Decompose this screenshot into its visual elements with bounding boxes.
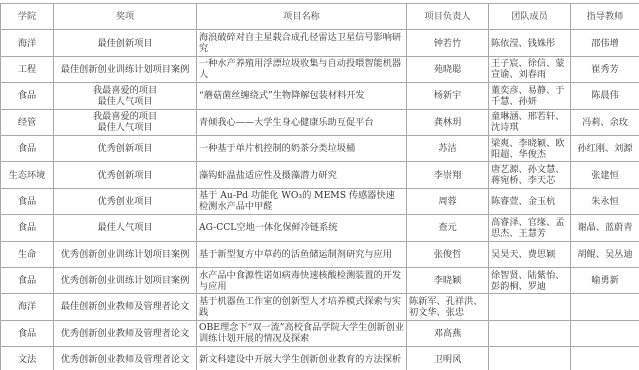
table-row: 经管我最喜爱的项目最佳人气项目青倾我心——大学生身心健康乐助互促平台龚林玥童琳涵… [1,109,639,135]
cell-advisor: 喻勇新 [571,267,639,293]
cell-project-leader: 周蓉 [407,188,489,214]
cell-project-name: 青倾我心——大学生身心健康乐助互促平台 [197,109,407,135]
cell-college: 生态环境 [1,162,54,188]
header-college: 学院 [1,4,54,30]
header-team-members: 团队成员 [489,4,571,30]
cell-advisor [571,320,639,346]
cell-advisor: 崔秀芳 [571,56,639,82]
cell-college: 食品 [1,320,54,346]
cell-award: 优秀创新创业训练计划项目案例 [54,267,197,293]
cell-project-leader: 卫明风 [407,347,489,370]
cell-advisor: 谢晶、蓝蔚青 [571,215,639,241]
cell-project-name: AG-CCL空地一体化保鲜冷链系统 [197,215,407,241]
cell-college: 海洋 [1,30,54,56]
award-label: 最佳创新项目 [56,38,194,49]
cell-project-leader: 陈新军、孔祥洪、初文华、张忠 [407,294,489,320]
cell-team-members: 董奕彦、易静、于千慧、孙妍 [489,83,571,109]
cell-project-name: 一种基于单片机控制的奶茶分类垃圾桶 [197,135,407,161]
table-row: 生命优秀创新创业训练计划项目案例基于新型复方中草药的活鱼储运制剂研究与应用张俊哲… [1,241,639,267]
table-row: 文法优秀创新创业教师及管理者论文新文科建设中开展大学生创新创业教育的方法探析卫明… [1,347,639,370]
table-row: 海洋最佳创新创业教师及管理者论文基于机器鱼工作室的创新型人才培养模式探索与实践陈… [1,294,639,320]
table-row: 食品我最喜爱的项目最佳人气项目“蘑菇菌丝缠绕式”生物降解包装材料开发杨新宇董奕彦… [1,83,639,109]
cell-advisor [571,294,639,320]
cell-college: 食品 [1,215,54,241]
award-label: 最佳人气项目 [56,122,194,133]
award-label: 优秀创新项目 [56,170,194,181]
cell-team-members: 王子宸、徐信、蒙宣谕、刘春雨 [489,56,571,82]
awards-table: 学院 奖项 项目名称 项目负责人 团队成员 指导教师 海洋最佳创新项目海浪破碎对… [0,3,639,370]
cell-college: 工程 [1,56,54,82]
cell-college: 生命 [1,241,54,267]
cell-project-name: 基于 Au-Pd 功能化 WO₃的 MEMS 传感器快速检测水产品中甲醛 [197,188,407,214]
table-row: 食品最佳人气项目AG-CCL空地一体化保鲜冷链系统查元高睿泽、官缘、孟思杰、王慧… [1,215,639,241]
cell-advisor: 胡鲲、吴丛迪 [571,241,639,267]
cell-project-name: 一种水产养殖用浮漂垃圾收集与自动投喂智能机器人 [197,56,407,82]
table-row: 食品优秀创业项目基于 Au-Pd 功能化 WO₃的 MEMS 传感器快速检测水产… [1,188,639,214]
table-row: 食品优秀创新创业训练计划项目案例水产品中食源性诺如病毒快速核酸检测装置的开发与应… [1,267,639,293]
cell-project-name: 藻钩虾温盐适应性及摄藻潜力研究 [197,162,407,188]
cell-team-members [489,320,571,346]
award-label: 我最喜爱的项目 [56,85,194,96]
cell-project-name: 海浪破碎对自主星载合成孔径雷达卫星信号影响研究 [197,30,407,56]
table-row: 食品优秀创新项目一种基于单片机控制的奶茶分类垃圾桶苏洁梁爽、李晓颖、欧阳超、华俊… [1,135,639,161]
cell-award: 优秀创新项目 [54,162,197,188]
header-project-name: 项目名称 [197,4,407,30]
cell-college: 海洋 [1,294,54,320]
cell-college: 文法 [1,347,54,370]
cell-project-leader: 李崇翔 [407,162,489,188]
cell-award: 最佳创新项目 [54,30,197,56]
award-label: 最佳创新创业训练计划项目案例 [56,64,194,75]
table-row: 生态环境优秀创新项目藻钩虾温盐适应性及摄藻潜力研究李崇翔唐艺源、孙文慧、蒋宛桥、… [1,162,639,188]
cell-project-name: 基于新型复方中草药的活鱼储运制剂研究与应用 [197,241,407,267]
cell-project-name: OBE理念下“双一流”高校食品学院大学生创新创业训练计划开展的情况及探索 [197,320,407,346]
cell-award: 最佳人气项目 [54,215,197,241]
cell-college: 食品 [1,83,54,109]
table-header-row: 学院 奖项 项目名称 项目负责人 团队成员 指导教师 [1,4,639,30]
cell-college: 经管 [1,109,54,135]
cell-advisor: 孙红刚、刘源 [571,135,639,161]
award-label: 优秀创新创业教师及管理者论文 [56,354,194,365]
cell-project-leader: 苑晓聪 [407,56,489,82]
cell-project-leader: 李晓颖 [407,267,489,293]
cell-project-name: 基于机器鱼工作室的创新型人才培养模式探索与实践 [197,294,407,320]
cell-advisor: 邵伟增 [571,30,639,56]
cell-project-name: 新文科建设中开展大学生创新创业教育的方法探析 [197,347,407,370]
cell-award: 优秀创新项目 [54,135,197,161]
cell-advisor [571,347,639,370]
cell-project-leader: 龚林玥 [407,109,489,135]
award-label: 优秀创新创业训练计划项目案例 [56,275,194,286]
cell-project-leader: 钟若竹 [407,30,489,56]
cell-award: 优秀创新创业训练计划项目案例 [54,241,197,267]
cell-team-members: 童琳涵、邢若轩、沈诗琪 [489,109,571,135]
cell-project-leader: 查元 [407,215,489,241]
award-label: 优秀创新项目 [56,143,194,154]
cell-college: 食品 [1,135,54,161]
cell-award: 最佳创新创业训练计划项目案例 [54,56,197,82]
table-row: 食品优秀创新创业教师及管理者论文OBE理念下“双一流”高校食品学院大学生创新创业… [1,320,639,346]
cell-team-members: 高睿泽、官缘、孟思杰、王慧芳 [489,215,571,241]
header-award: 奖项 [54,4,197,30]
cell-advisor: 陈晨伟 [571,83,639,109]
cell-team-members: 吴昊天、费思颖 [489,241,571,267]
cell-advisor: 张建恒 [571,162,639,188]
cell-project-leader: 杨新宇 [407,83,489,109]
cell-project-leader: 苏洁 [407,135,489,161]
cell-project-name: 水产品中食源性诺如病毒快速核酸检测装置的开发与应用 [197,267,407,293]
award-label: 优秀创新创业训练计划项目案例 [56,249,194,260]
award-label: 优秀创新创业教师及管理者论文 [56,328,194,339]
cell-award: 我最喜爱的项目最佳人气项目 [54,109,197,135]
cell-team-members: 唐艺源、孙文慧、蒋宛桥、李天芯 [489,162,571,188]
table-body: 海洋最佳创新项目海浪破碎对自主星载合成孔径雷达卫星信号影响研究钟若竹陈依滢、钱姝… [1,30,639,370]
cell-project-leader: 张俊哲 [407,241,489,267]
award-label: 最佳创新创业教师及管理者论文 [56,301,194,312]
header-advisor: 指导教师 [571,4,639,30]
cell-project-name: “蘑菇菌丝缠绕式”生物降解包装材料开发 [197,83,407,109]
cell-award: 优秀创业项目 [54,188,197,214]
cell-advisor: 朱永恒 [571,188,639,214]
award-label: 我最喜爱的项目 [56,111,194,122]
table-row: 海洋最佳创新项目海浪破碎对自主星载合成孔径雷达卫星信号影响研究钟若竹陈依滢、钱姝… [1,30,639,56]
cell-team-members: 徐智贤、陆紫怡、彭韵桐、罗迪 [489,267,571,293]
cell-team-members: 陈睿萱、金玉杭 [489,188,571,214]
award-label: 优秀创业项目 [56,196,194,207]
cell-team-members [489,294,571,320]
cell-award: 我最喜爱的项目最佳人气项目 [54,83,197,109]
cell-college: 食品 [1,188,54,214]
cell-award: 优秀创新创业教师及管理者论文 [54,320,197,346]
table-row: 工程最佳创新创业训练计划项目案例一种水产养殖用浮漂垃圾收集与自动投喂智能机器人苑… [1,56,639,82]
cell-advisor: 冯莉、余玫 [571,109,639,135]
cell-project-leader: 邓高燕 [407,320,489,346]
award-label: 最佳人气项目 [56,96,194,107]
cell-team-members [489,347,571,370]
cell-team-members: 梁爽、李晓颖、欧阳超、华俊杰 [489,135,571,161]
cell-college: 食品 [1,267,54,293]
cell-team-members: 陈依滢、钱姝彤 [489,30,571,56]
cell-award: 最佳创新创业教师及管理者论文 [54,294,197,320]
cell-award: 优秀创新创业教师及管理者论文 [54,347,197,370]
header-project-leader: 项目负责人 [407,4,489,30]
award-label: 最佳人气项目 [56,222,194,233]
